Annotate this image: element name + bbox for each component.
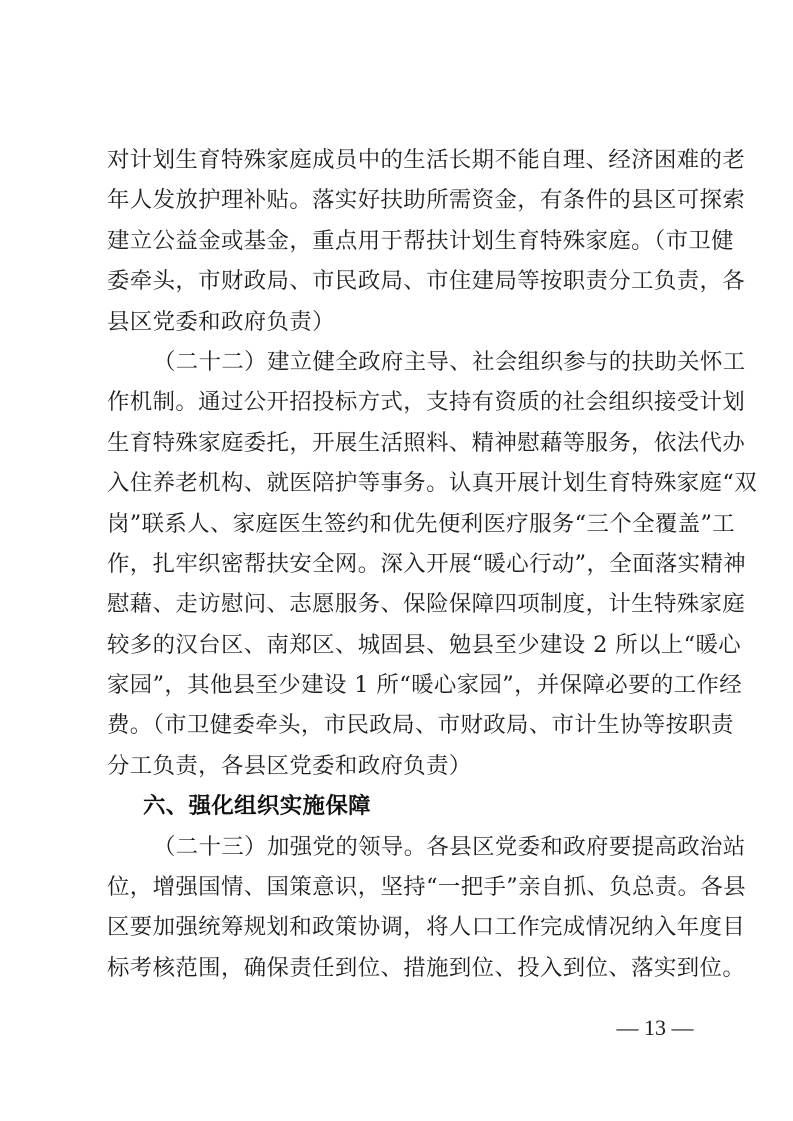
paragraph-line: 位，增强国情、国策意识，坚持“一把手”亲自抓、负总责。各县 (107, 867, 698, 907)
paragraph-line: 区要加强统筹规划和政策协调，将人口工作完成情况纳入年度目 (107, 907, 698, 947)
document-page: 对计划生育特殊家庭成员中的生活长期不能自理、经济困难的老 年人发放护理补贴。落实… (0, 0, 793, 1121)
paragraph-line-item-23: （二十三）加强党的领导。各县区党委和政府要提高政治站 (107, 827, 698, 867)
paragraph-line: 作，扎牢织密帮扶安全网。深入开展“暖心行动”，全面落实精神 (107, 544, 698, 584)
paragraph-line: 委牵头，市财政局、市民政局、市住建局等按职责分工负责，各 (107, 261, 698, 301)
paragraph-line: 作机制。通过公开招投标方式，支持有资质的社会组织接受计划 (107, 382, 698, 422)
paragraph-line: 慰藉、走访慰问、志愿服务、保险保障四项制度，计生特殊家庭 (107, 584, 698, 624)
section-heading: 六、强化组织实施保障 (107, 786, 698, 826)
paragraph-line-item-22: （二十二）建立健全政府主导、社会组织参与的扶助关怀工 (107, 342, 698, 382)
paragraph-line: 县区党委和政府负责） (107, 302, 698, 342)
paragraph-line: 费。（市卫健委牵头，市民政局、市财政局、市计生协等按职责 (107, 705, 698, 745)
paragraph-line: 较多的汉台区、南郑区、城固县、勉县至少建设 2 所以上“暖心 (107, 625, 698, 665)
paragraph-line: 家园”，其他县至少建设 1 所“暖心家园”，并保障必要的工作经 (107, 665, 698, 705)
paragraph-line: 岗”联系人、家庭医生签约和优先便利医疗服务“三个全覆盖”工 (107, 504, 698, 544)
paragraph-line: 标考核范围，确保责任到位、措施到位、投入到位、落实到位。 (107, 948, 698, 988)
paragraph-line: 生育特殊家庭委托，开展生活照料、精神慰藉等服务，依法代办 (107, 423, 698, 463)
paragraph-line: 对计划生育特殊家庭成员中的生活长期不能自理、经济困难的老 (107, 140, 698, 180)
page-number: — 13 — (600, 1015, 710, 1041)
paragraph-line: 建立公益金或基金，重点用于帮扶计划生育特殊家庭。（市卫健 (107, 221, 698, 261)
body-text: 对计划生育特殊家庭成员中的生活长期不能自理、经济困难的老 年人发放护理补贴。落实… (107, 140, 698, 988)
paragraph-line: 年人发放护理补贴。落实好扶助所需资金，有条件的县区可探索 (107, 180, 698, 220)
paragraph-line: 入住养老机构、就医陪护等事务。认真开展计划生育特殊家庭“双 (107, 463, 698, 503)
paragraph-line: 分工负责，各县区党委和政府负责） (107, 746, 698, 786)
